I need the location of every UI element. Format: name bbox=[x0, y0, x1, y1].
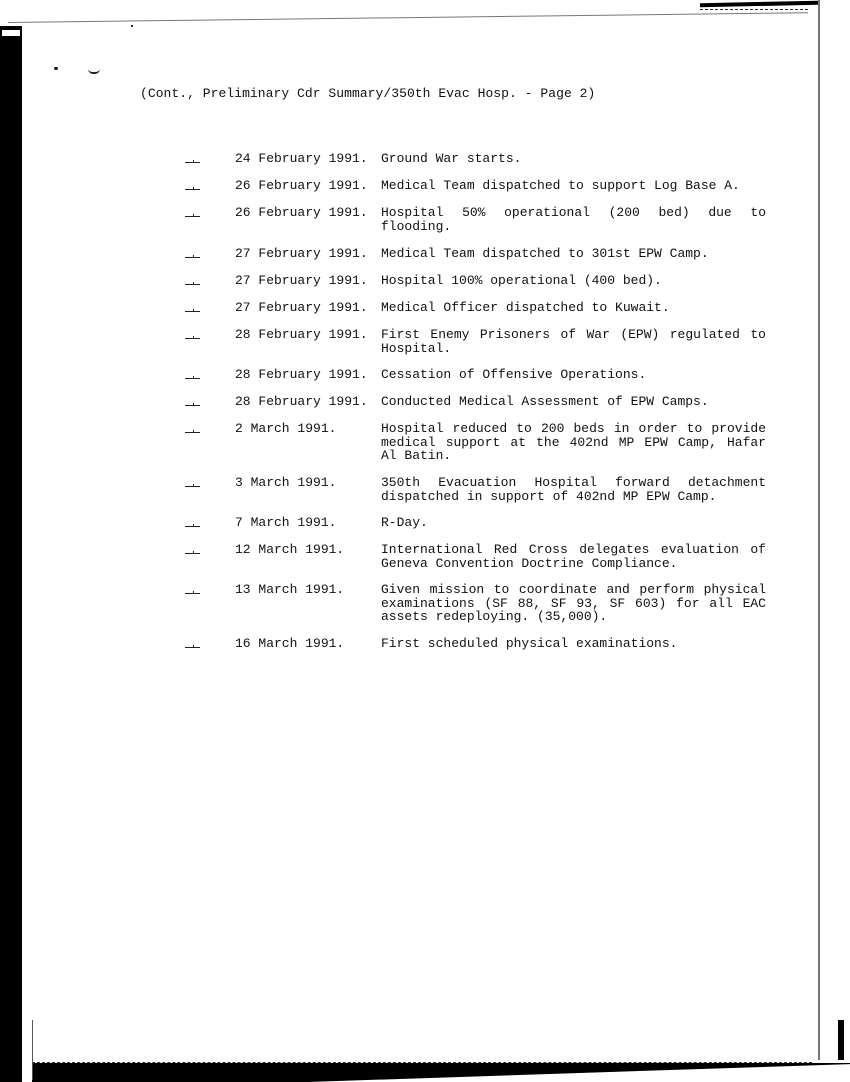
list-item: 16 March 1991. First scheduled physical … bbox=[185, 637, 785, 664]
entry-date: 27 February 1991. bbox=[235, 301, 368, 315]
entry-text: Medical Team dispatched to support Log B… bbox=[381, 179, 766, 193]
scan-edge-bottom bbox=[32, 1063, 850, 1082]
checkmark-blank-icon bbox=[185, 311, 200, 312]
list-item: 24 February 1991. Ground War starts. bbox=[185, 152, 785, 179]
scan-speck bbox=[54, 67, 58, 70]
entry-text: Conducted Medical Assessment of EPW Camp… bbox=[381, 395, 766, 409]
entry-date: 16 March 1991. bbox=[235, 637, 344, 651]
scan-edge-top-right bbox=[700, 1, 818, 7]
checkmark-blank-icon bbox=[185, 553, 200, 554]
entry-text: Hospital 100% operational (400 bed). bbox=[381, 274, 766, 288]
scan-dash-top-right bbox=[700, 9, 808, 10]
list-item: 12 March 1991. International Red Cross d… bbox=[185, 543, 785, 583]
scan-speck bbox=[131, 25, 133, 27]
checkmark-blank-icon bbox=[185, 526, 200, 527]
scan-speck bbox=[88, 69, 100, 74]
checkmark-blank-icon bbox=[185, 189, 200, 190]
entry-text: Medical Officer dispatched to Kuwait. bbox=[381, 301, 766, 315]
entry-text: Hospital 50% operational (200 bed) due t… bbox=[381, 206, 766, 233]
checkmark-blank-icon bbox=[185, 432, 200, 433]
list-item: 28 February 1991. First Enemy Prisoners … bbox=[185, 328, 785, 368]
list-item: 26 February 1991. Medical Team dispatche… bbox=[185, 179, 785, 206]
entry-date: 28 February 1991. bbox=[235, 368, 368, 382]
entry-date: 3 March 1991. bbox=[235, 476, 336, 490]
scan-notch bbox=[2, 30, 20, 36]
entry-date: 12 March 1991. bbox=[235, 543, 344, 557]
checkmark-blank-icon bbox=[185, 593, 200, 594]
entry-text: Ground War starts. bbox=[381, 152, 766, 166]
entry-date: 13 March 1991. bbox=[235, 583, 344, 597]
entry-text: 350th Evacuation Hospital forward detach… bbox=[381, 476, 766, 503]
entry-date: 27 February 1991. bbox=[235, 247, 368, 261]
entry-date: 7 March 1991. bbox=[235, 516, 336, 530]
scan-edge-right-bar bbox=[838, 1020, 844, 1060]
entry-text: First Enemy Prisoners of War (EPW) regul… bbox=[381, 328, 766, 355]
checkmark-blank-icon bbox=[185, 405, 200, 406]
entry-date: 26 February 1991. bbox=[235, 206, 368, 220]
entry-text: International Red Cross delegates evalua… bbox=[381, 543, 766, 570]
scan-edge-top bbox=[8, 12, 808, 23]
list-item: 28 February 1991. Cessation of Offensive… bbox=[185, 368, 785, 395]
entry-date: 28 February 1991. bbox=[235, 328, 368, 342]
scan-edge-left bbox=[0, 26, 22, 1082]
entry-text: First scheduled physical examinations. bbox=[381, 637, 766, 651]
checkmark-blank-icon bbox=[185, 284, 200, 285]
chronology-list: 24 February 1991. Ground War starts. 26 … bbox=[185, 152, 785, 664]
entry-date: 26 February 1991. bbox=[235, 179, 368, 193]
list-item: 13 March 1991. Given mission to coordina… bbox=[185, 583, 785, 637]
entry-text: R-Day. bbox=[381, 516, 766, 530]
list-item: 3 March 1991. 350th Evacuation Hospital … bbox=[185, 476, 785, 516]
scan-edge-left-thin bbox=[32, 1020, 33, 1080]
entry-text: Medical Team dispatched to 301st EPW Cam… bbox=[381, 247, 766, 261]
checkmark-blank-icon bbox=[185, 216, 200, 217]
entry-text: Cessation of Offensive Operations. bbox=[381, 368, 766, 382]
list-item: 26 February 1991. Hospital 50% operation… bbox=[185, 206, 785, 247]
entry-date: 24 February 1991. bbox=[235, 152, 368, 166]
scan-edge-right bbox=[818, 0, 820, 1060]
list-item: 27 February 1991. Hospital 100% operatio… bbox=[185, 274, 785, 301]
list-item: 27 February 1991. Medical Officer dispat… bbox=[185, 301, 785, 328]
list-item: 7 March 1991. R-Day. bbox=[185, 516, 785, 543]
scan-dash-bottom bbox=[32, 1062, 812, 1063]
list-item: 27 February 1991. Medical Team dispatche… bbox=[185, 247, 785, 274]
entry-text: Given mission to coordinate and perform … bbox=[381, 583, 766, 624]
checkmark-blank-icon bbox=[185, 486, 200, 487]
entry-date: 27 February 1991. bbox=[235, 274, 368, 288]
checkmark-blank-icon bbox=[185, 257, 200, 258]
entry-date: 2 March 1991. bbox=[235, 422, 336, 436]
list-item: 2 March 1991. Hospital reduced to 200 be… bbox=[185, 422, 785, 476]
page-header: (Cont., Preliminary Cdr Summary/350th Ev… bbox=[140, 86, 595, 101]
checkmark-blank-icon bbox=[185, 162, 200, 163]
entry-date: 28 February 1991. bbox=[235, 395, 368, 409]
entry-text: Hospital reduced to 200 beds in order to… bbox=[381, 422, 766, 463]
checkmark-blank-icon bbox=[185, 338, 200, 339]
list-item: 28 February 1991. Conducted Medical Asse… bbox=[185, 395, 785, 422]
checkmark-blank-icon bbox=[185, 378, 200, 379]
checkmark-blank-icon bbox=[185, 647, 200, 648]
